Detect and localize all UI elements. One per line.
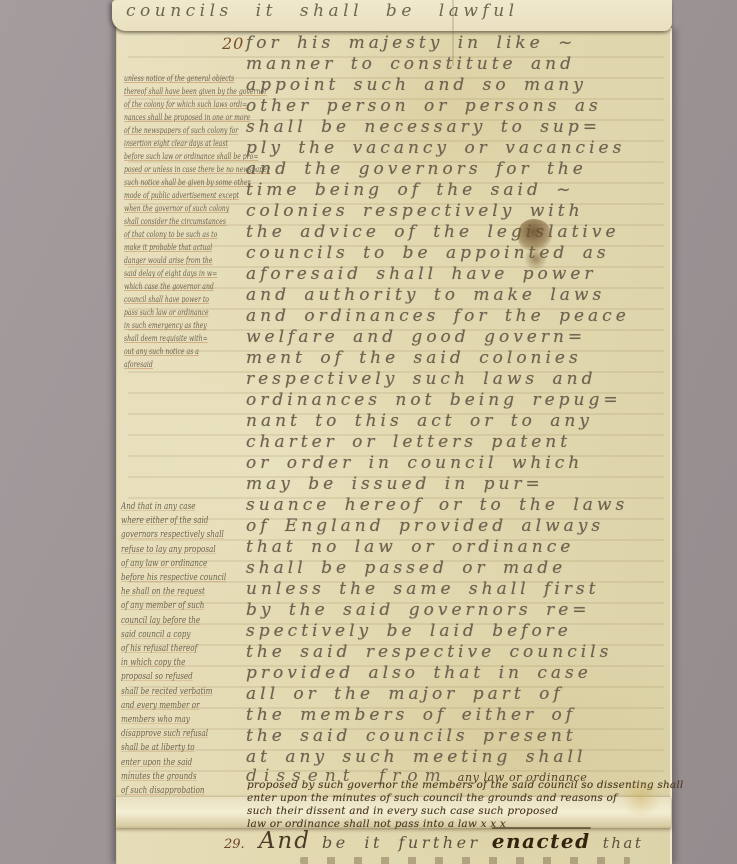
- margin-note-line: such notice shall be given by some other: [124, 177, 213, 190]
- manuscript-line: may be issued in pur=: [246, 474, 668, 495]
- manuscript-line: manner to constitute and: [246, 54, 668, 75]
- manuscript-line: or order in council which: [246, 453, 668, 474]
- margin-note-line: of that colony to be such as to: [124, 229, 213, 242]
- margin-note-line: of such disapprobation: [121, 784, 223, 798]
- enacting-that-word: that: [603, 834, 644, 852]
- margin-note-line: nances shall be proposed in one or more: [124, 112, 213, 125]
- margin-note-line: he shall on the request: [121, 585, 223, 599]
- manuscript-line: for his majesty in like ~: [246, 33, 668, 54]
- manuscript-line: the members of either of: [246, 705, 668, 726]
- manuscript-line: ordinances not being repug=: [246, 390, 668, 411]
- previous-membrane-last-line: councils it shall be lawful: [126, 1, 519, 21]
- inserted-clause-line: enter upon the minutes of such council t…: [247, 792, 669, 805]
- manuscript-line: colonies respectively with: [246, 201, 668, 222]
- margin-note-line: said delay of eight days in w=: [124, 268, 213, 281]
- section-number: 29.: [224, 837, 245, 852]
- margin-note-line: pass such law or ordinance: [124, 307, 213, 320]
- manuscript-line: the advice of the legislative: [246, 222, 668, 243]
- margin-note-line: minutes the grounds: [121, 770, 223, 784]
- manuscript-line: nant to this act or to any: [246, 411, 668, 432]
- manuscript-line: of England provided always: [246, 516, 668, 537]
- manuscript-line: charter or letters patent: [246, 432, 668, 453]
- margin-note-line: of the newspapers of such colony for: [124, 125, 213, 138]
- margin-note-line: council shall have power to: [124, 294, 213, 307]
- margin-note-line: mode of public advertisement except: [124, 190, 213, 203]
- manuscript-line: spectively be laid before: [246, 621, 668, 642]
- manuscript-line: and ordinances for the peace: [246, 306, 668, 327]
- manuscript-line: ment of the said colonies: [246, 348, 668, 369]
- enacted-word: enacted: [492, 829, 591, 853]
- inserted-clause-block: proposed by such governor the members of…: [247, 779, 669, 831]
- margin-note-line: of any member of such: [121, 599, 223, 613]
- margin-note-2: And that in any casewhere either of the …: [121, 500, 249, 798]
- margin-note-line: insertion eight clear days at least: [124, 138, 213, 151]
- photograph-backdrop: councils it shall be lawful 20 for his m…: [0, 0, 737, 864]
- margin-note-line: of any law or ordinance: [121, 557, 223, 571]
- manuscript-line: respectively such laws and: [246, 369, 668, 390]
- margin-note-line: shall deem requisite with=: [124, 333, 213, 346]
- margin-note-line: before his respective council: [121, 571, 223, 585]
- manuscript-line: the said councils present: [246, 726, 668, 747]
- margin-note-line: which case the governor and: [124, 281, 213, 294]
- margin-note-line: aforesaid: [124, 359, 213, 372]
- margin-note-line: and every member or: [121, 699, 223, 713]
- margin-note-line: shall be recited verbatim: [121, 685, 223, 699]
- main-text-column: for his majesty in like ~manner to const…: [246, 33, 668, 768]
- margin-note-line: disapprove such refusal: [121, 727, 223, 741]
- margin-note-line: where either of the said: [121, 514, 223, 528]
- margin-note-line: shall consider the circumstances: [124, 216, 213, 229]
- margin-note-line: And that in any case: [121, 500, 223, 514]
- margin-note-line: out any such notice as a: [124, 346, 213, 359]
- manuscript-line: and the governors for the: [246, 159, 668, 180]
- margin-note-line: proposal so refused: [121, 670, 223, 684]
- manuscript-line: aforesaid shall have power: [246, 264, 668, 285]
- manuscript-line: ply the vacancy or vacancies: [246, 138, 668, 159]
- margin-note-line: refuse to lay any proposal: [121, 543, 223, 557]
- manuscript-line: that no law or ordinance: [246, 537, 668, 558]
- manuscript-line: shall be passed or made: [246, 558, 668, 579]
- margin-note-line: governors respectively shall: [121, 528, 223, 542]
- margin-note-1: unless notice of the general objectsther…: [124, 73, 248, 372]
- manuscript-line: by the said governors re=: [246, 600, 668, 621]
- margin-note-line: make it probable that actual: [124, 242, 213, 255]
- manuscript-line: suance hereof or to the laws: [246, 495, 668, 516]
- inserted-clause-line: proposed by such governor the members of…: [247, 779, 669, 792]
- cropped-bottom-line-fragments: [300, 857, 630, 864]
- manuscript-line: shall be necessary to sup=: [246, 117, 668, 138]
- enacting-middle-words: be it further: [322, 833, 481, 852]
- inserted-clause-line: such their dissent and in every such cas…: [247, 805, 669, 818]
- margin-note-line: when the governor of such colony: [124, 203, 213, 216]
- manuscript-line: at any such meeting shall: [246, 747, 668, 768]
- margin-note-line: of the colony for which such laws ordi=: [124, 99, 213, 112]
- manuscript-line: and authority to make laws: [246, 285, 668, 306]
- margin-note-line: before such law or ordinance shall be pr…: [124, 151, 213, 164]
- enacting-clause-row: 29. And be it further enacted that: [224, 828, 643, 854]
- manuscript-line: provided also that in case: [246, 663, 668, 684]
- margin-note-line: shall be at liberty to: [121, 741, 223, 755]
- manuscript-line: all or the major part of: [246, 684, 668, 705]
- manuscript-line: welfare and good govern=: [246, 327, 668, 348]
- margin-note-line: said council a copy: [121, 628, 223, 642]
- page-number: 20: [222, 34, 244, 53]
- enacting-and-word: And: [259, 828, 311, 854]
- manuscript-line: councils to be appointed as: [246, 243, 668, 264]
- margin-note-line: members who may: [121, 713, 223, 727]
- margin-note-line: of his refusal thereof: [121, 642, 223, 656]
- margin-note-line: council lay before the: [121, 614, 223, 628]
- manuscript-line: appoint such and so many: [246, 75, 668, 96]
- margin-note-line: in such emergency as they: [124, 320, 213, 333]
- margin-note-line: in which copy the: [121, 656, 223, 670]
- manuscript-line: unless the same shall first: [246, 579, 668, 600]
- manuscript-line: time being of the said ~: [246, 180, 668, 201]
- margin-note-line: posed or unless in case there be no news…: [124, 164, 213, 177]
- margin-note-line: unless notice of the general objects: [124, 73, 213, 86]
- margin-note-line: danger would arise from the: [124, 255, 213, 268]
- margin-note-line: thereof shall have been given by the gov…: [124, 86, 213, 99]
- manuscript-line: other person or persons as: [246, 96, 668, 117]
- manuscript-line: the said respective councils: [246, 642, 668, 663]
- margin-note-line: enter upon the said: [121, 756, 223, 770]
